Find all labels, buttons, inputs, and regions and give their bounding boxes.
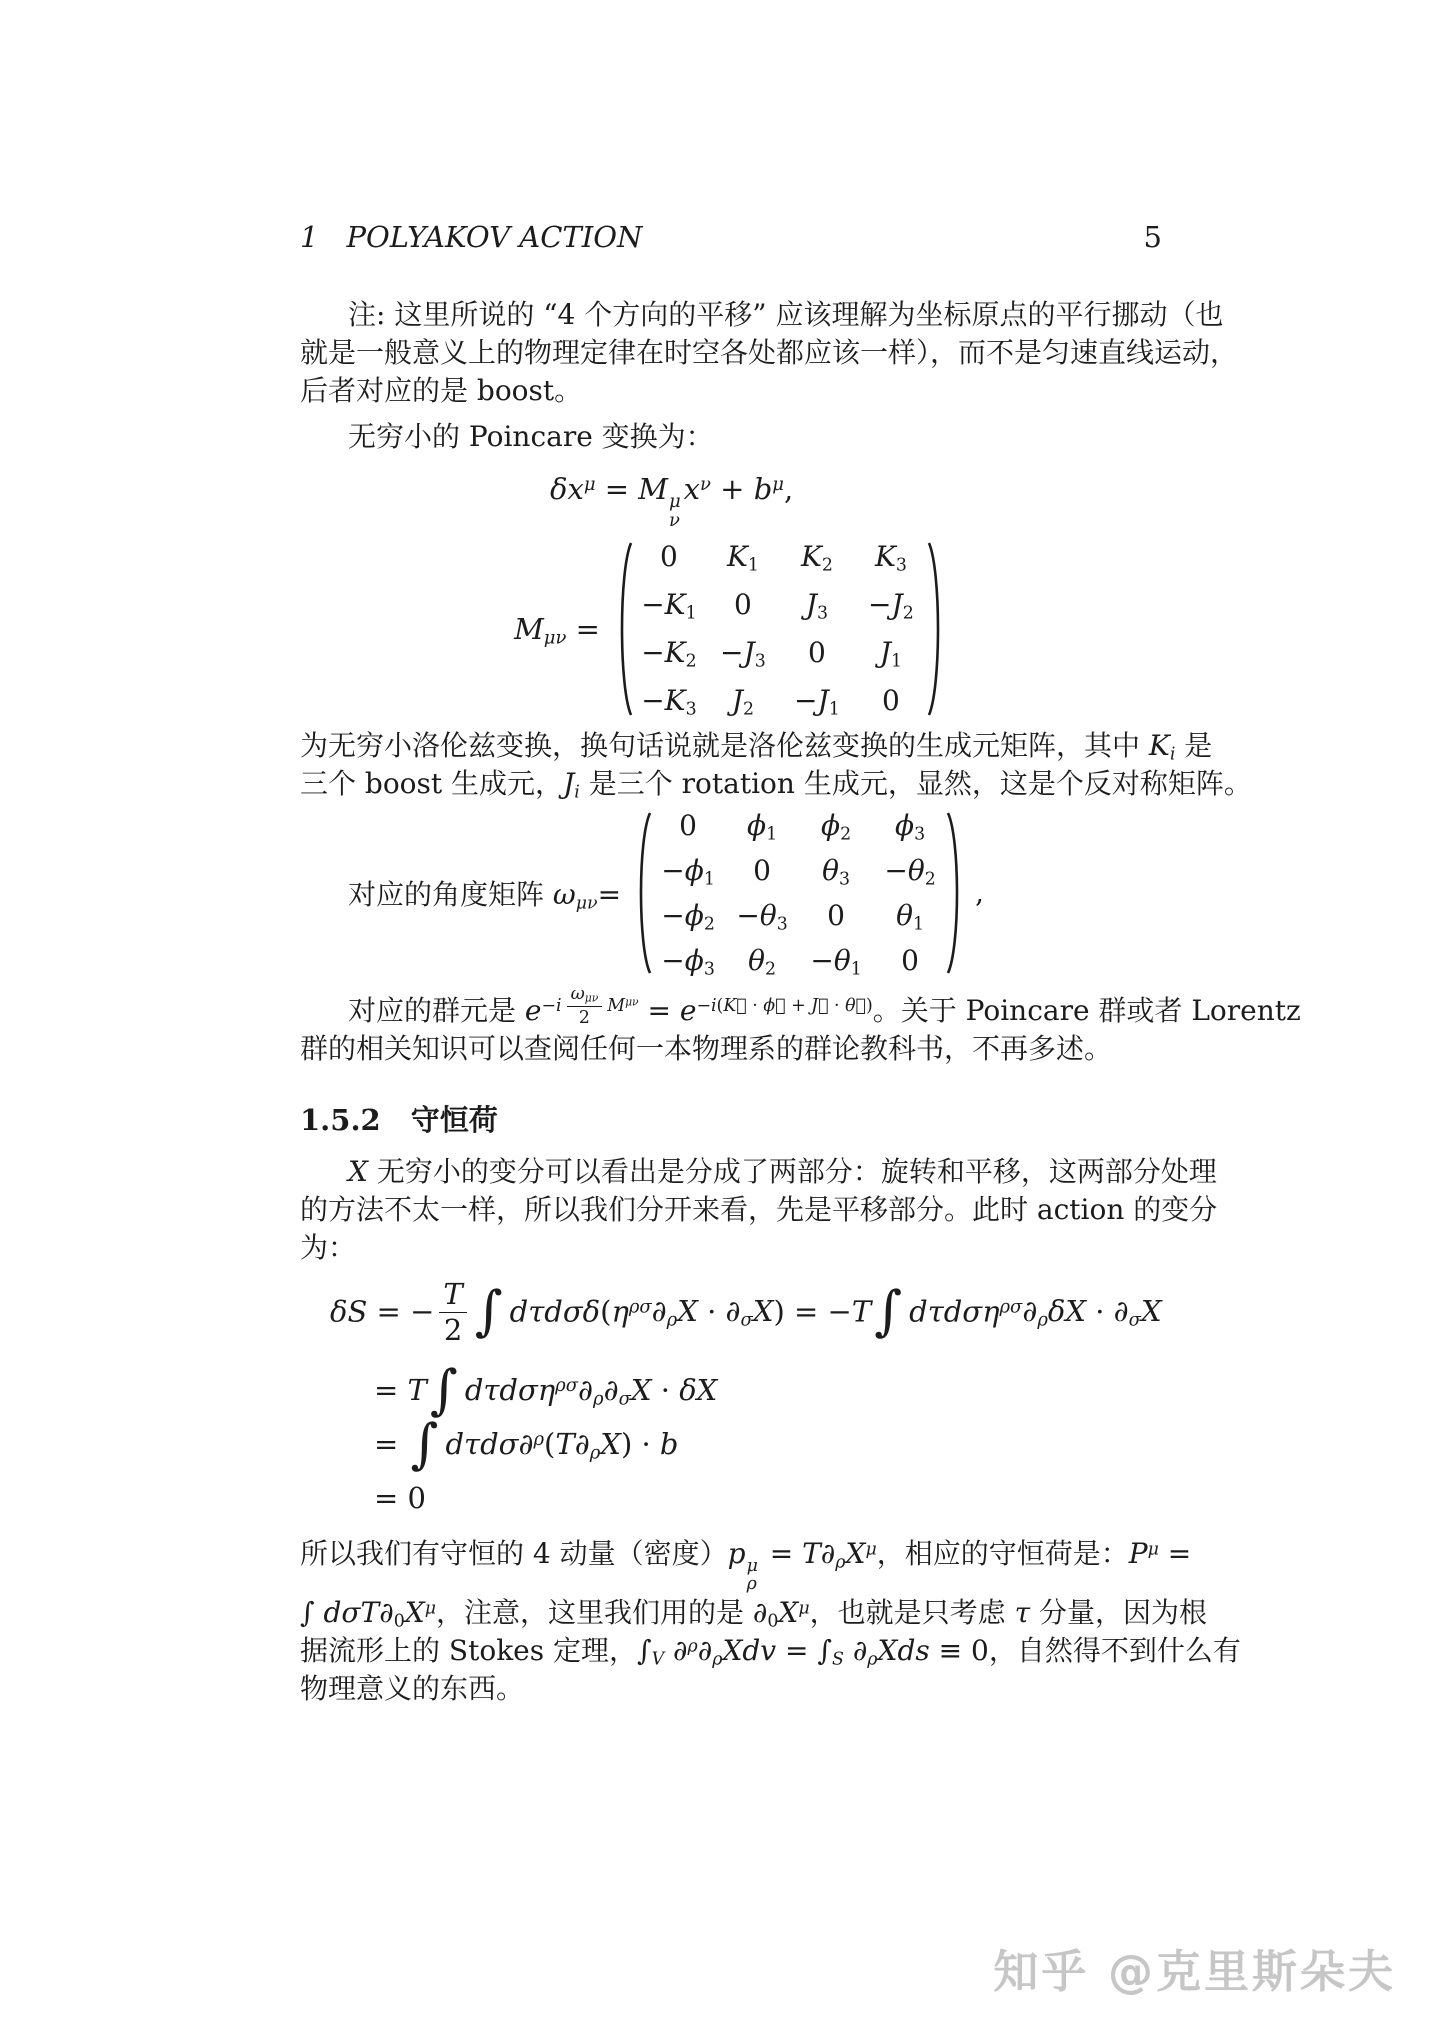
subsection-number: 1.5.2	[300, 1103, 381, 1137]
matrix-cell: θ3	[807, 854, 865, 887]
matrix-cell: −θ3	[733, 899, 791, 932]
variation-paragraph-line-2: 的方法不太一样，所以我们分开来看，先是平移部分。此时 action 的变分	[300, 1191, 1162, 1229]
matrix-cell: ϕ3	[881, 809, 939, 842]
matrix-cell: 0	[659, 809, 717, 842]
momentum-paragraph-line-2: ∫ dσT∂0Xμ，注意，这里我们用的是 ∂0Xμ，也就是只考虑 τ 分量，因为…	[300, 1594, 1162, 1632]
group-paragraph-line-1: 对应的群元是 e−iωμν2Mμν = e−i(K⃗ · ϕ⃗ + J⃗ · θ…	[300, 985, 1162, 1030]
omega-matrix-prefix: 对应的角度矩阵 ωμν=	[348, 873, 621, 913]
matrix-cell: −J3	[714, 636, 772, 669]
m-matrix: 0K1K2K3 −K10J3−J2 −K2−J30J1 −K3J2−J10	[612, 539, 948, 719]
matrix-cell: −K3	[640, 684, 698, 717]
matrix-cell: θ2	[733, 944, 791, 977]
matrix-cell: −K1	[640, 588, 698, 621]
matrix-cell: K1	[714, 540, 772, 573]
omega-matrix-grid: 0ϕ1ϕ2ϕ3 −ϕ10θ3−θ2 −ϕ2−θ30θ1 −ϕ3θ2−θ10	[659, 809, 939, 977]
matrix-cell: 0	[807, 899, 865, 932]
matrix-cell: −θ1	[807, 944, 865, 977]
matrix-cell: 0	[881, 944, 939, 977]
omega-matrix: 0ϕ1ϕ2ϕ3 −ϕ10θ3−θ2 −ϕ2−θ30θ1 −ϕ3θ2−θ10	[631, 809, 967, 977]
matrix-cell: J3	[788, 588, 846, 621]
subsection-heading: 1.5.2守恒荷	[300, 1098, 1162, 1139]
equation-omega-matrix: 对应的角度矩阵 ωμν= 0ϕ1ϕ2ϕ3 −ϕ10θ3−θ2 −ϕ2−θ30θ1…	[348, 809, 1162, 977]
section-number: 1	[300, 220, 318, 254]
matrix-cell: ϕ2	[807, 809, 865, 842]
matrix-cell: 0	[714, 588, 772, 621]
matrix-cell: −J1	[788, 684, 846, 717]
matrix-cell: 0	[733, 854, 791, 887]
matrix-cell: θ1	[881, 899, 939, 932]
momentum-paragraph-line-3: 据流形上的 Stokes 定理，∫V ∂ρ∂ρXdv = ∫S ∂ρXds ≡ …	[300, 1632, 1162, 1670]
matrix-cell: −θ2	[881, 854, 939, 887]
equation-delta-x: δxμ = Mμνxν + bμ,	[550, 472, 1162, 531]
delta-s-row-4: = 0	[374, 1481, 1162, 1515]
lorentz-paragraph-line-1: 为无穷小洛伦兹变换，换句话说就是洛伦兹变换的生成元矩阵，其中 Ki 是	[300, 727, 1162, 765]
delta-s-row-2: = T∫dτdσηρσ∂ρ∂σX · δX	[374, 1373, 1162, 1407]
matrix-cell: K3	[862, 540, 920, 573]
note-paragraph-line-3: 后者对应的是 boost。	[300, 372, 1162, 410]
matrix-cell: −ϕ2	[659, 899, 717, 932]
paren-left-icon	[612, 539, 636, 719]
matrix-cell: 0	[788, 636, 846, 669]
text-column: 1POLYAKOV ACTION 5 注: 这里所说的 “4 个方向的平移” 应…	[300, 220, 1162, 1708]
matrix-cell: 0	[862, 684, 920, 717]
momentum-paragraph-line-4: 物理意义的东西。	[300, 1670, 1162, 1708]
matrix-cell: −ϕ3	[659, 944, 717, 977]
document-page: 1POLYAKOV ACTION 5 注: 这里所说的 “4 个方向的平移” 应…	[0, 0, 1440, 2036]
delta-s-row-3: = ∫dτdσ∂ρ(T∂ρX) · b	[374, 1427, 1162, 1461]
m-matrix-lhs: Mμν =	[514, 612, 600, 646]
equation-m-matrix: Mμν = 0K1K2K3 −K10J3−J2 −K2−J30J1 −K3J2−…	[300, 539, 1162, 719]
section-running-title: 1POLYAKOV ACTION	[300, 220, 642, 254]
lorentz-paragraph-line-2: 三个 boost 生成元，Ji 是三个 rotation 生成元，显然，这是个反…	[300, 765, 1162, 803]
note-paragraph-line-2: 就是一般意义上的物理定律在时空各处都应该一样），而不是匀速直线运动，	[300, 334, 1162, 372]
matrix-cell: −K2	[640, 636, 698, 669]
matrix-cell: −J2	[862, 588, 920, 621]
matrix-cell: J1	[862, 636, 920, 669]
variation-paragraph-line-1: X 无穷小的变分可以看出是分成了两部分：旋转和平移，这两部分处理	[300, 1153, 1162, 1191]
page-number: 5	[1144, 220, 1162, 254]
running-head: 1POLYAKOV ACTION 5	[300, 220, 1162, 254]
section-title: POLYAKOV ACTION	[346, 220, 642, 254]
group-paragraph-line-2: 群的相关知识可以查阅任何一本物理系的群论教科书，不再多述。	[300, 1030, 1162, 1068]
matrix-cell: K2	[788, 540, 846, 573]
note-paragraph-line-1: 注: 这里所说的 “4 个方向的平移” 应该理解为坐标原点的平行挪动（也	[300, 296, 1162, 334]
paren-right-icon	[924, 539, 948, 719]
m-matrix-grid: 0K1K2K3 −K10J3−J2 −K2−J30J1 −K3J2−J10	[640, 540, 920, 717]
variation-paragraph-line-3: 为：	[300, 1229, 1162, 1267]
paren-left-icon	[631, 809, 655, 977]
matrix-cell: ϕ1	[733, 809, 791, 842]
matrix-cell: 0	[640, 540, 698, 573]
delta-s-row-1: δS = −T2∫dτdσδ(ηρσ∂ρX · ∂σX) = −T∫dτdσηρ…	[330, 1279, 1162, 1348]
subsection-title: 守恒荷	[411, 1103, 498, 1137]
matrix-cell: J2	[714, 684, 772, 717]
equation-delta-s-block: δS = −T2∫dτdσδ(ηρσ∂ρX · ∂σX) = −T∫dτdσηρ…	[330, 1279, 1162, 1516]
matrix-cell: −ϕ1	[659, 854, 717, 887]
poincare-intro-line: 无穷小的 Poincare 变换为：	[300, 418, 1162, 456]
omega-matrix-suffix: ,	[975, 876, 984, 909]
paren-right-icon	[943, 809, 967, 977]
zhihu-watermark: 知乎 @克里斯朵夫	[993, 1935, 1396, 2000]
momentum-paragraph-line-1: 所以我们有守恒的 4 动量（密度）pμρ = T∂ρXμ，相应的守恒荷是：Pμ …	[300, 1535, 1162, 1593]
